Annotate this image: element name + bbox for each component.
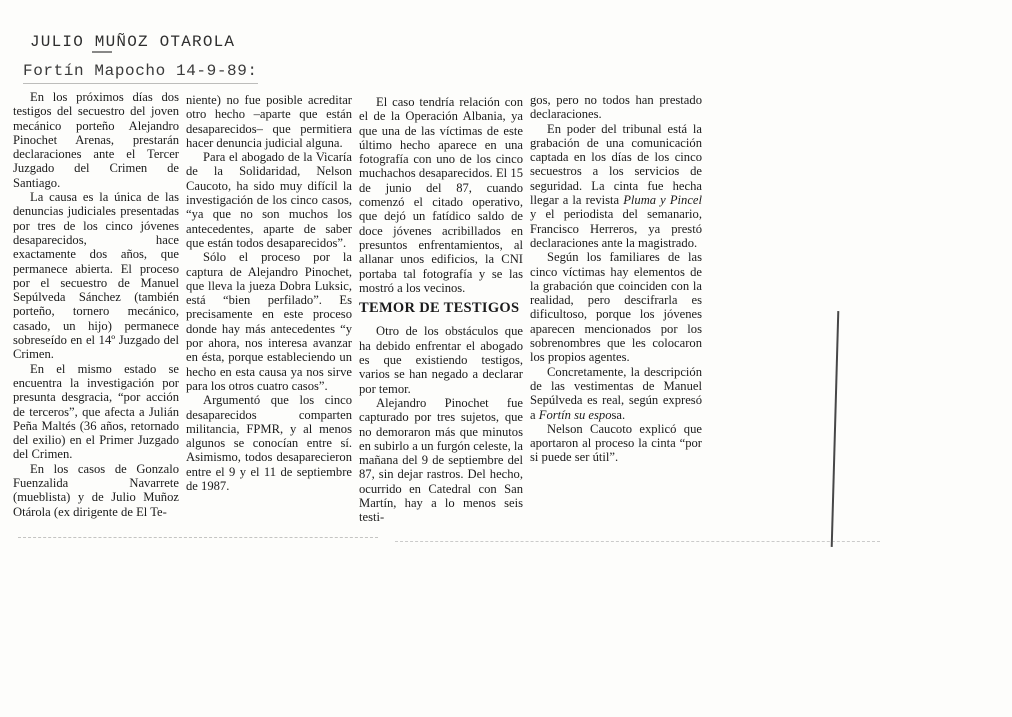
section-heading: TEMOR DE TESTIGOS: [359, 301, 523, 315]
article-column: niente) no fue posible acreditar otro he…: [186, 90, 352, 525]
paragraph: gos, pero no todos han prestado declarac…: [530, 93, 702, 122]
paragraph: En los próximos días dos testigos del se…: [13, 90, 179, 190]
paragraph: Concretamente, la descripción de las ves…: [530, 365, 702, 422]
scan-artifact-dotted-line: [395, 541, 880, 542]
paragraph: En poder del tribunal está la grabación …: [530, 122, 702, 251]
paragraph: Otro de los obstáculos que ha debido enf…: [359, 324, 523, 395]
paragraph: La causa es la única de las denuncias ju…: [13, 190, 179, 362]
article-column: gos, pero no todos han prestado declarac…: [530, 90, 702, 525]
paragraph: Para el abogado de la Vicaría de la Soli…: [186, 150, 352, 250]
paragraph: En el mismo estado se encuentra la inves…: [13, 362, 179, 462]
paragraph: Nelson Caucoto explicó que aportaron al …: [530, 422, 702, 465]
paragraph: Argumentó que los cinco desaparecidos co…: [186, 393, 352, 493]
newspaper-clipping-scan: JULIO MUÑOZ OTAROLA Fortín Mapocho 14-9-…: [0, 0, 1012, 717]
paragraph: Alejandro Pinochet fue capturado por tre…: [359, 396, 523, 525]
paragraph: Sólo el proceso por la captura de Alejan…: [186, 250, 352, 393]
paragraph: Según los familiares de las cinco víctim…: [530, 250, 702, 364]
paragraph: En los casos de Gonzalo Fuenzalida Navar…: [13, 462, 179, 519]
paragraph: niente) no fue posible acreditar otro he…: [186, 93, 352, 150]
article-column: El caso tendría relación con el de la Op…: [359, 90, 523, 525]
paragraph: El caso tendría relación con el de la Op…: [359, 95, 523, 295]
article-body: En los próximos días dos testigos del se…: [13, 90, 702, 525]
scan-artifact-dotted-line: [18, 537, 378, 538]
scan-artifact-vertical-line: [831, 311, 840, 547]
article-column: En los próximos días dos testigos del se…: [13, 90, 179, 525]
handwritten-byline: JULIO MUÑOZ OTAROLA: [30, 33, 235, 51]
typed-underline-mark: [92, 51, 112, 53]
source-and-date-line: Fortín Mapocho 14-9-89:: [23, 62, 258, 84]
